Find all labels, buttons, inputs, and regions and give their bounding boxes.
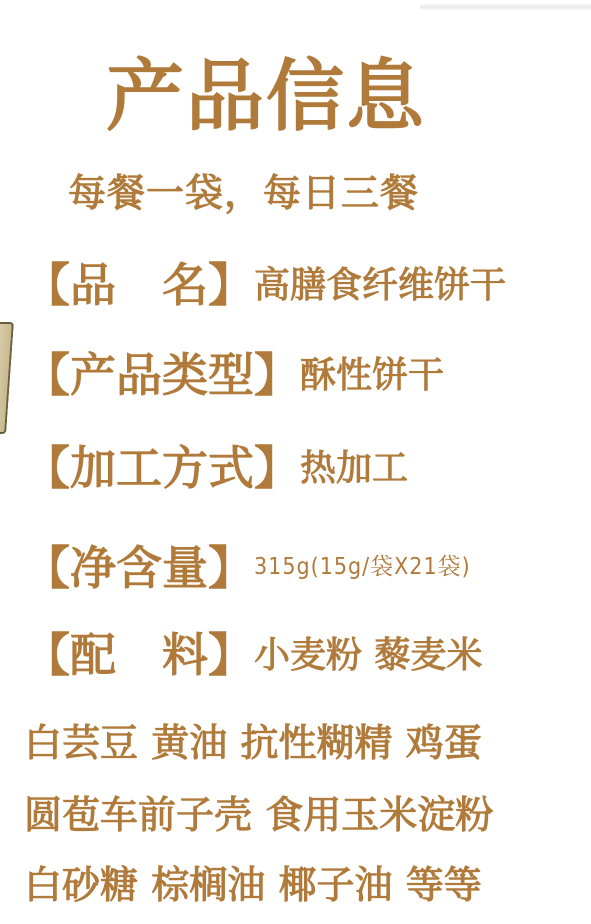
info-row-processing-method: 【加工方式】热加工 xyxy=(24,445,408,491)
info-row-product-type: 【产品类型】酥性饼干 xyxy=(24,352,444,398)
ingredients-line-1: 白芸豆 黄油 抗性糊精 鸡蛋 xyxy=(24,724,482,762)
info-row-product-name: 【品 名】高膳食纤维饼干 xyxy=(24,262,506,308)
ingredients-line-2: 圆苞车前子壳 食用玉米淀粉 xyxy=(24,796,493,834)
info-value: 热加工 xyxy=(300,448,408,489)
info-row-net-content: 【净含量】315g(15g/袋X21袋) xyxy=(24,545,471,591)
product-bag-edge-image xyxy=(0,322,14,434)
ingredients-line-3: 白砂糖 棕榈油 椰子油 等等 xyxy=(24,866,482,904)
info-value: 酥性饼干 xyxy=(300,355,444,396)
page-title: 产品信息 xyxy=(106,58,426,136)
top-edge-shadow xyxy=(420,4,591,10)
serving-subtitle: 每餐一袋，每日三餐 xyxy=(68,174,419,212)
info-label: 【净含量】 xyxy=(24,541,254,595)
info-label: 【配 料】 xyxy=(24,628,254,682)
info-value: 小麦粉 藜麦米 xyxy=(254,635,483,676)
info-row-ingredients: 【配 料】小麦粉 藜麦米 xyxy=(24,632,483,678)
info-value: 高膳食纤维饼干 xyxy=(254,265,506,306)
info-label: 【加工方式】 xyxy=(24,441,300,495)
info-value: 315g(15g/袋X21袋) xyxy=(254,554,471,580)
info-label: 【产品类型】 xyxy=(24,348,300,402)
info-label: 【品 名】 xyxy=(24,258,254,312)
